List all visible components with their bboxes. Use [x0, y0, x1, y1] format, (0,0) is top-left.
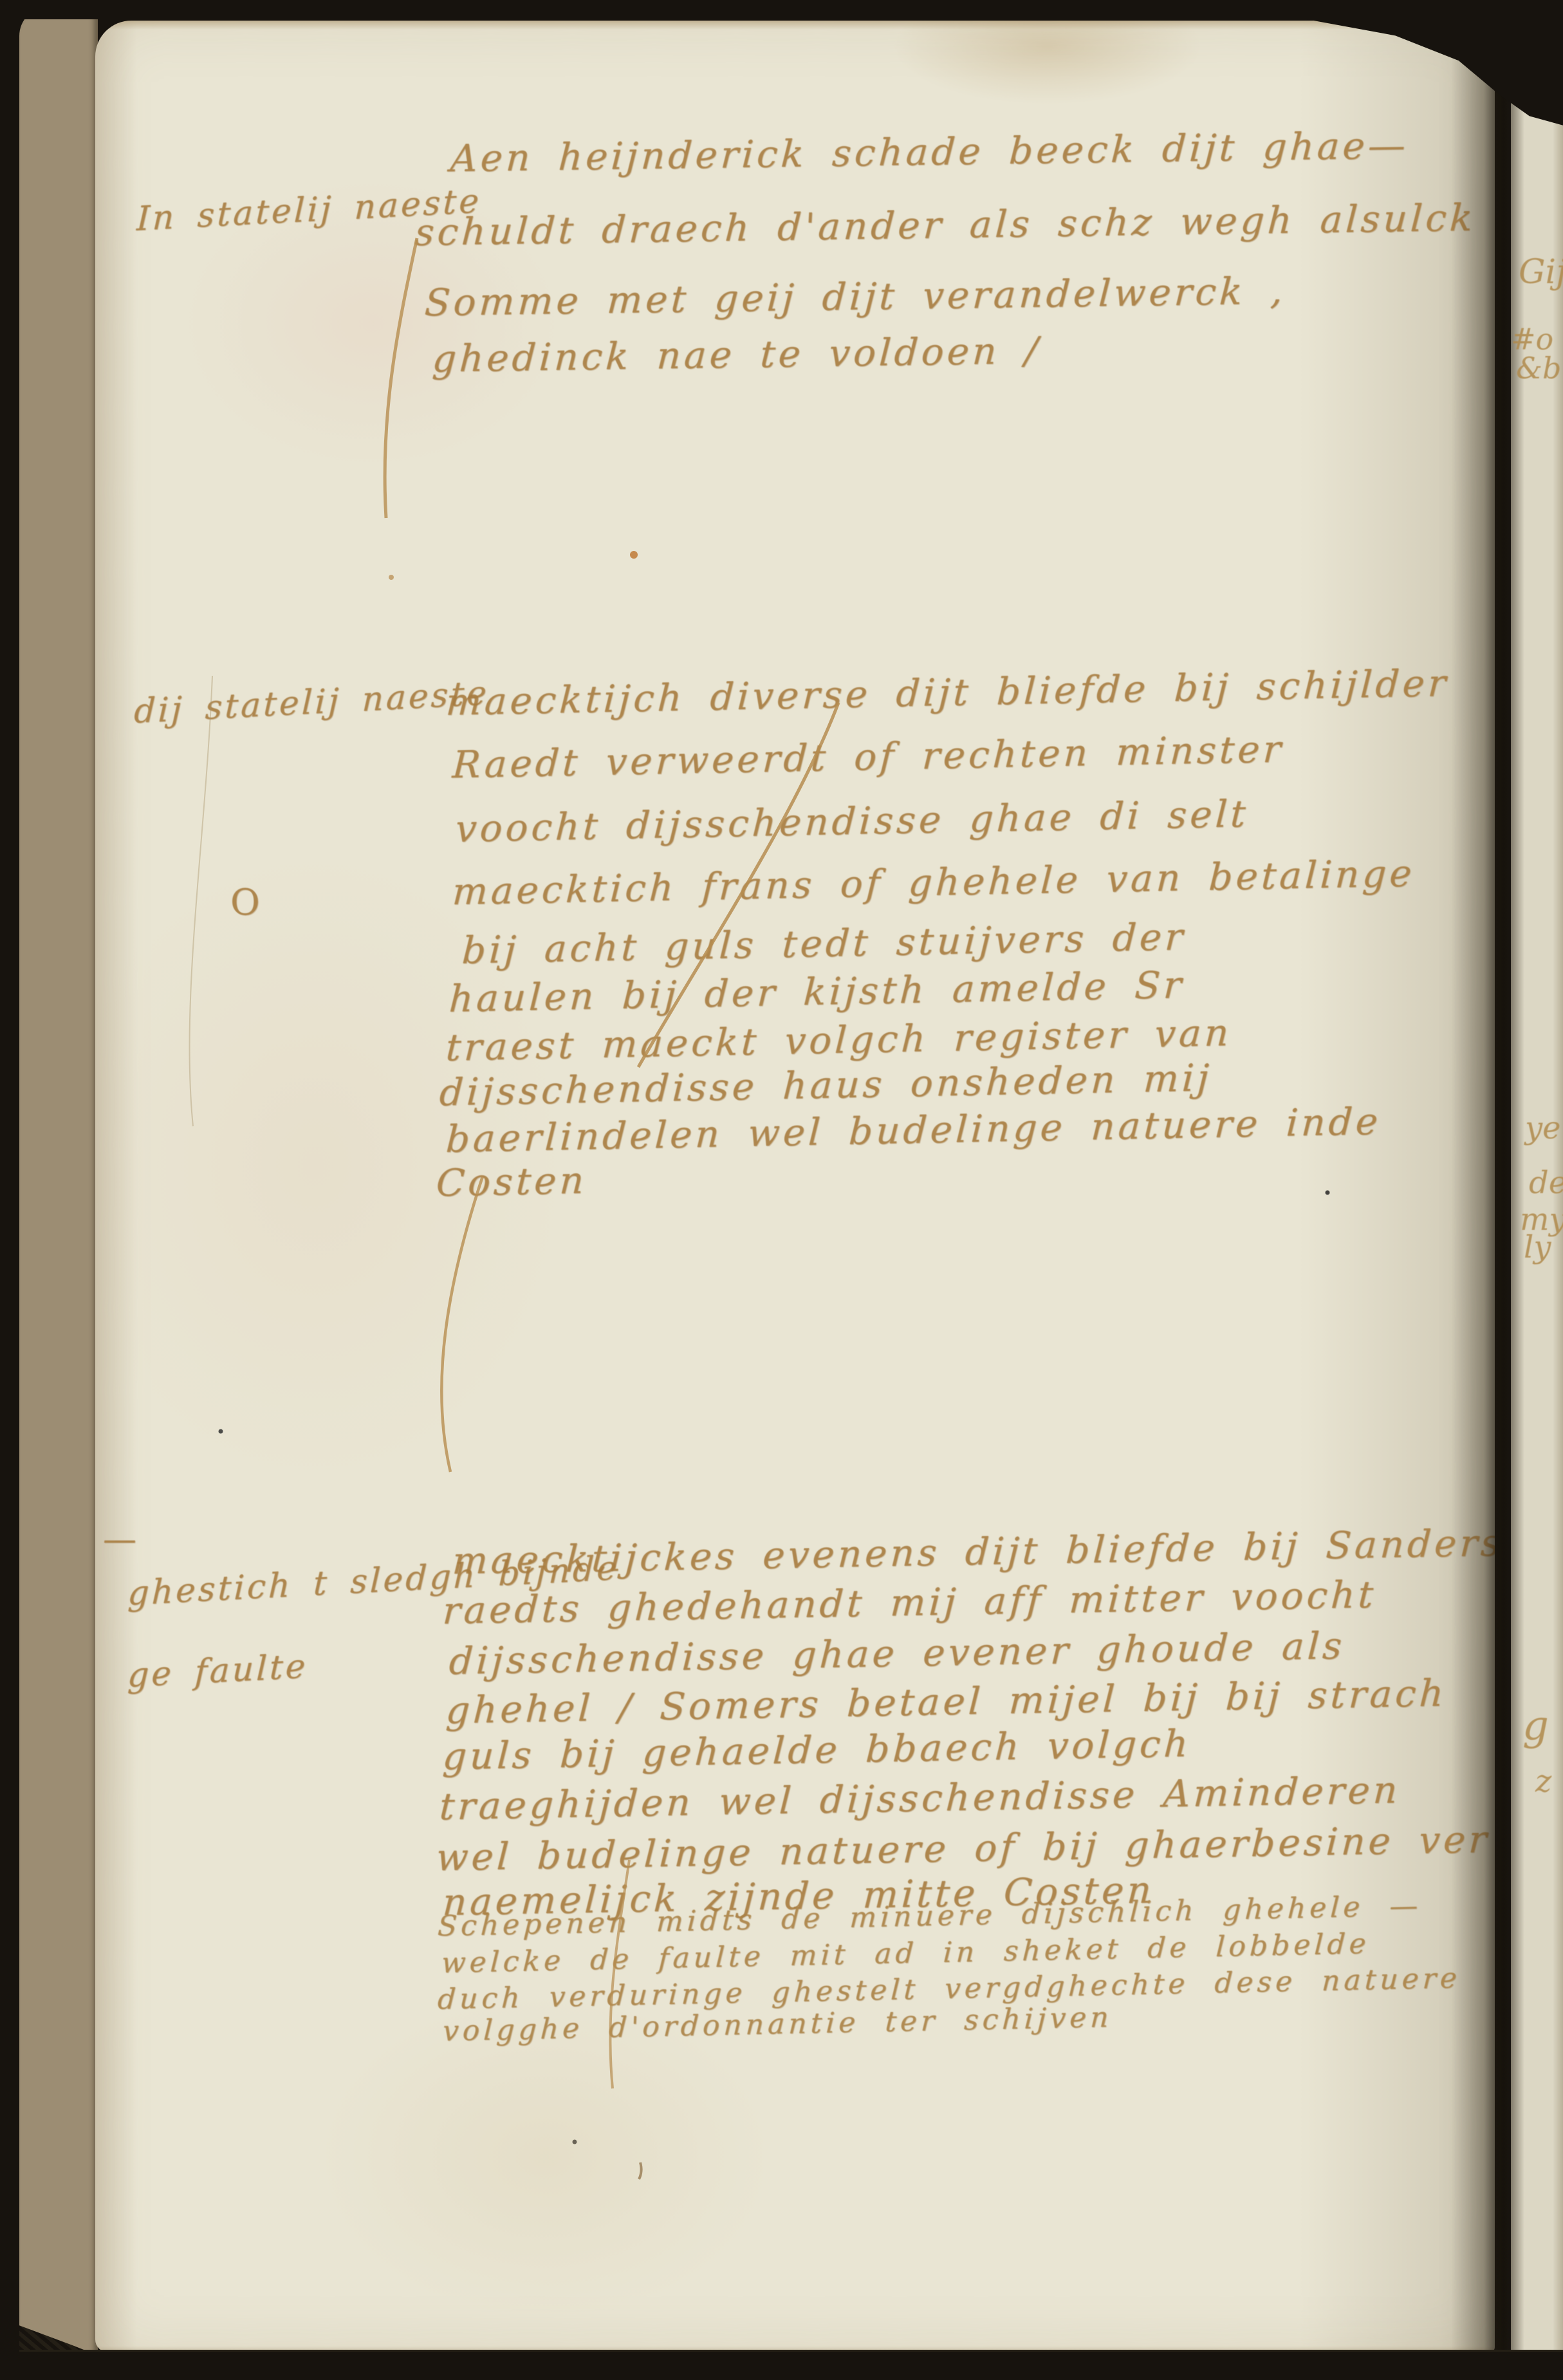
- handwriting-line: Aen heijnderick schade beeck dijt ghae—: [449, 124, 1410, 181]
- handwriting-fragment: z: [1535, 1763, 1551, 1799]
- handwriting-line: haulen bij der kijsth amelde Sr: [448, 963, 1185, 1021]
- handwriting-line: maecktich frans of ghehele van betalinge: [451, 851, 1416, 914]
- handwriting-line: voocht dijsschendisse ghae di selt: [454, 792, 1250, 851]
- handwriting-fragment: de: [1529, 1165, 1563, 1201]
- margin-dash-mark: —: [103, 1520, 136, 1559]
- gutter-shadow: [1451, 0, 1511, 2380]
- margin-note-3-line2: ge faulte: [127, 1648, 308, 1696]
- book-page-edges: [19, 6, 98, 2374]
- handwriting-line: schuldt draech d'ander als schz wegh als…: [414, 194, 1495, 254]
- backdrop-bottom-edge: [0, 2350, 1563, 2380]
- manuscript-page: In statelij naeste Aen heijnderick schad…: [95, 21, 1495, 2352]
- handwriting-line: Somme met geij dijt verandelwerck ,: [423, 269, 1287, 325]
- handwriting-line: Costen: [435, 1158, 587, 1205]
- handwriting-line: maecktijch diverse dijt bliefde bij schi…: [445, 661, 1450, 724]
- handwriting-line: Raedt verweerdt of rechten minster: [451, 727, 1285, 787]
- handwriting-fragment: ly: [1524, 1229, 1551, 1265]
- margin-o-mark: O: [230, 882, 260, 924]
- handwriting-fragment: &b: [1516, 351, 1561, 386]
- backdrop-top-edge: [0, 0, 1563, 19]
- facing-page-sliver: Gij #o &b ye de my ly g z: [1511, 97, 1563, 2352]
- handwriting-line: traeghijden wel dijsschendisse Aminderen: [438, 1768, 1401, 1828]
- handwriting-fragment: ye: [1525, 1110, 1561, 1146]
- handwriting-line: dijsschendisse ghae evener ghoude als: [448, 1624, 1346, 1683]
- backdrop-left-edge: [0, 0, 19, 2380]
- handwriting-line: ghedinck nae te voldoen /: [431, 328, 1042, 380]
- margin-note-2: dij statelij naeste: [133, 674, 490, 731]
- handwriting-line: wel budelinge natuere of bij ghaerbesine…: [435, 1818, 1491, 1880]
- handwriting-fragment: Gij: [1519, 253, 1563, 292]
- photo-backdrop: In statelij naeste Aen heijnderick schad…: [0, 0, 1563, 2380]
- handwriting-line: bij acht guls tedt stuijvers der: [461, 915, 1187, 972]
- handwriting-fragment: g: [1522, 1702, 1549, 1750]
